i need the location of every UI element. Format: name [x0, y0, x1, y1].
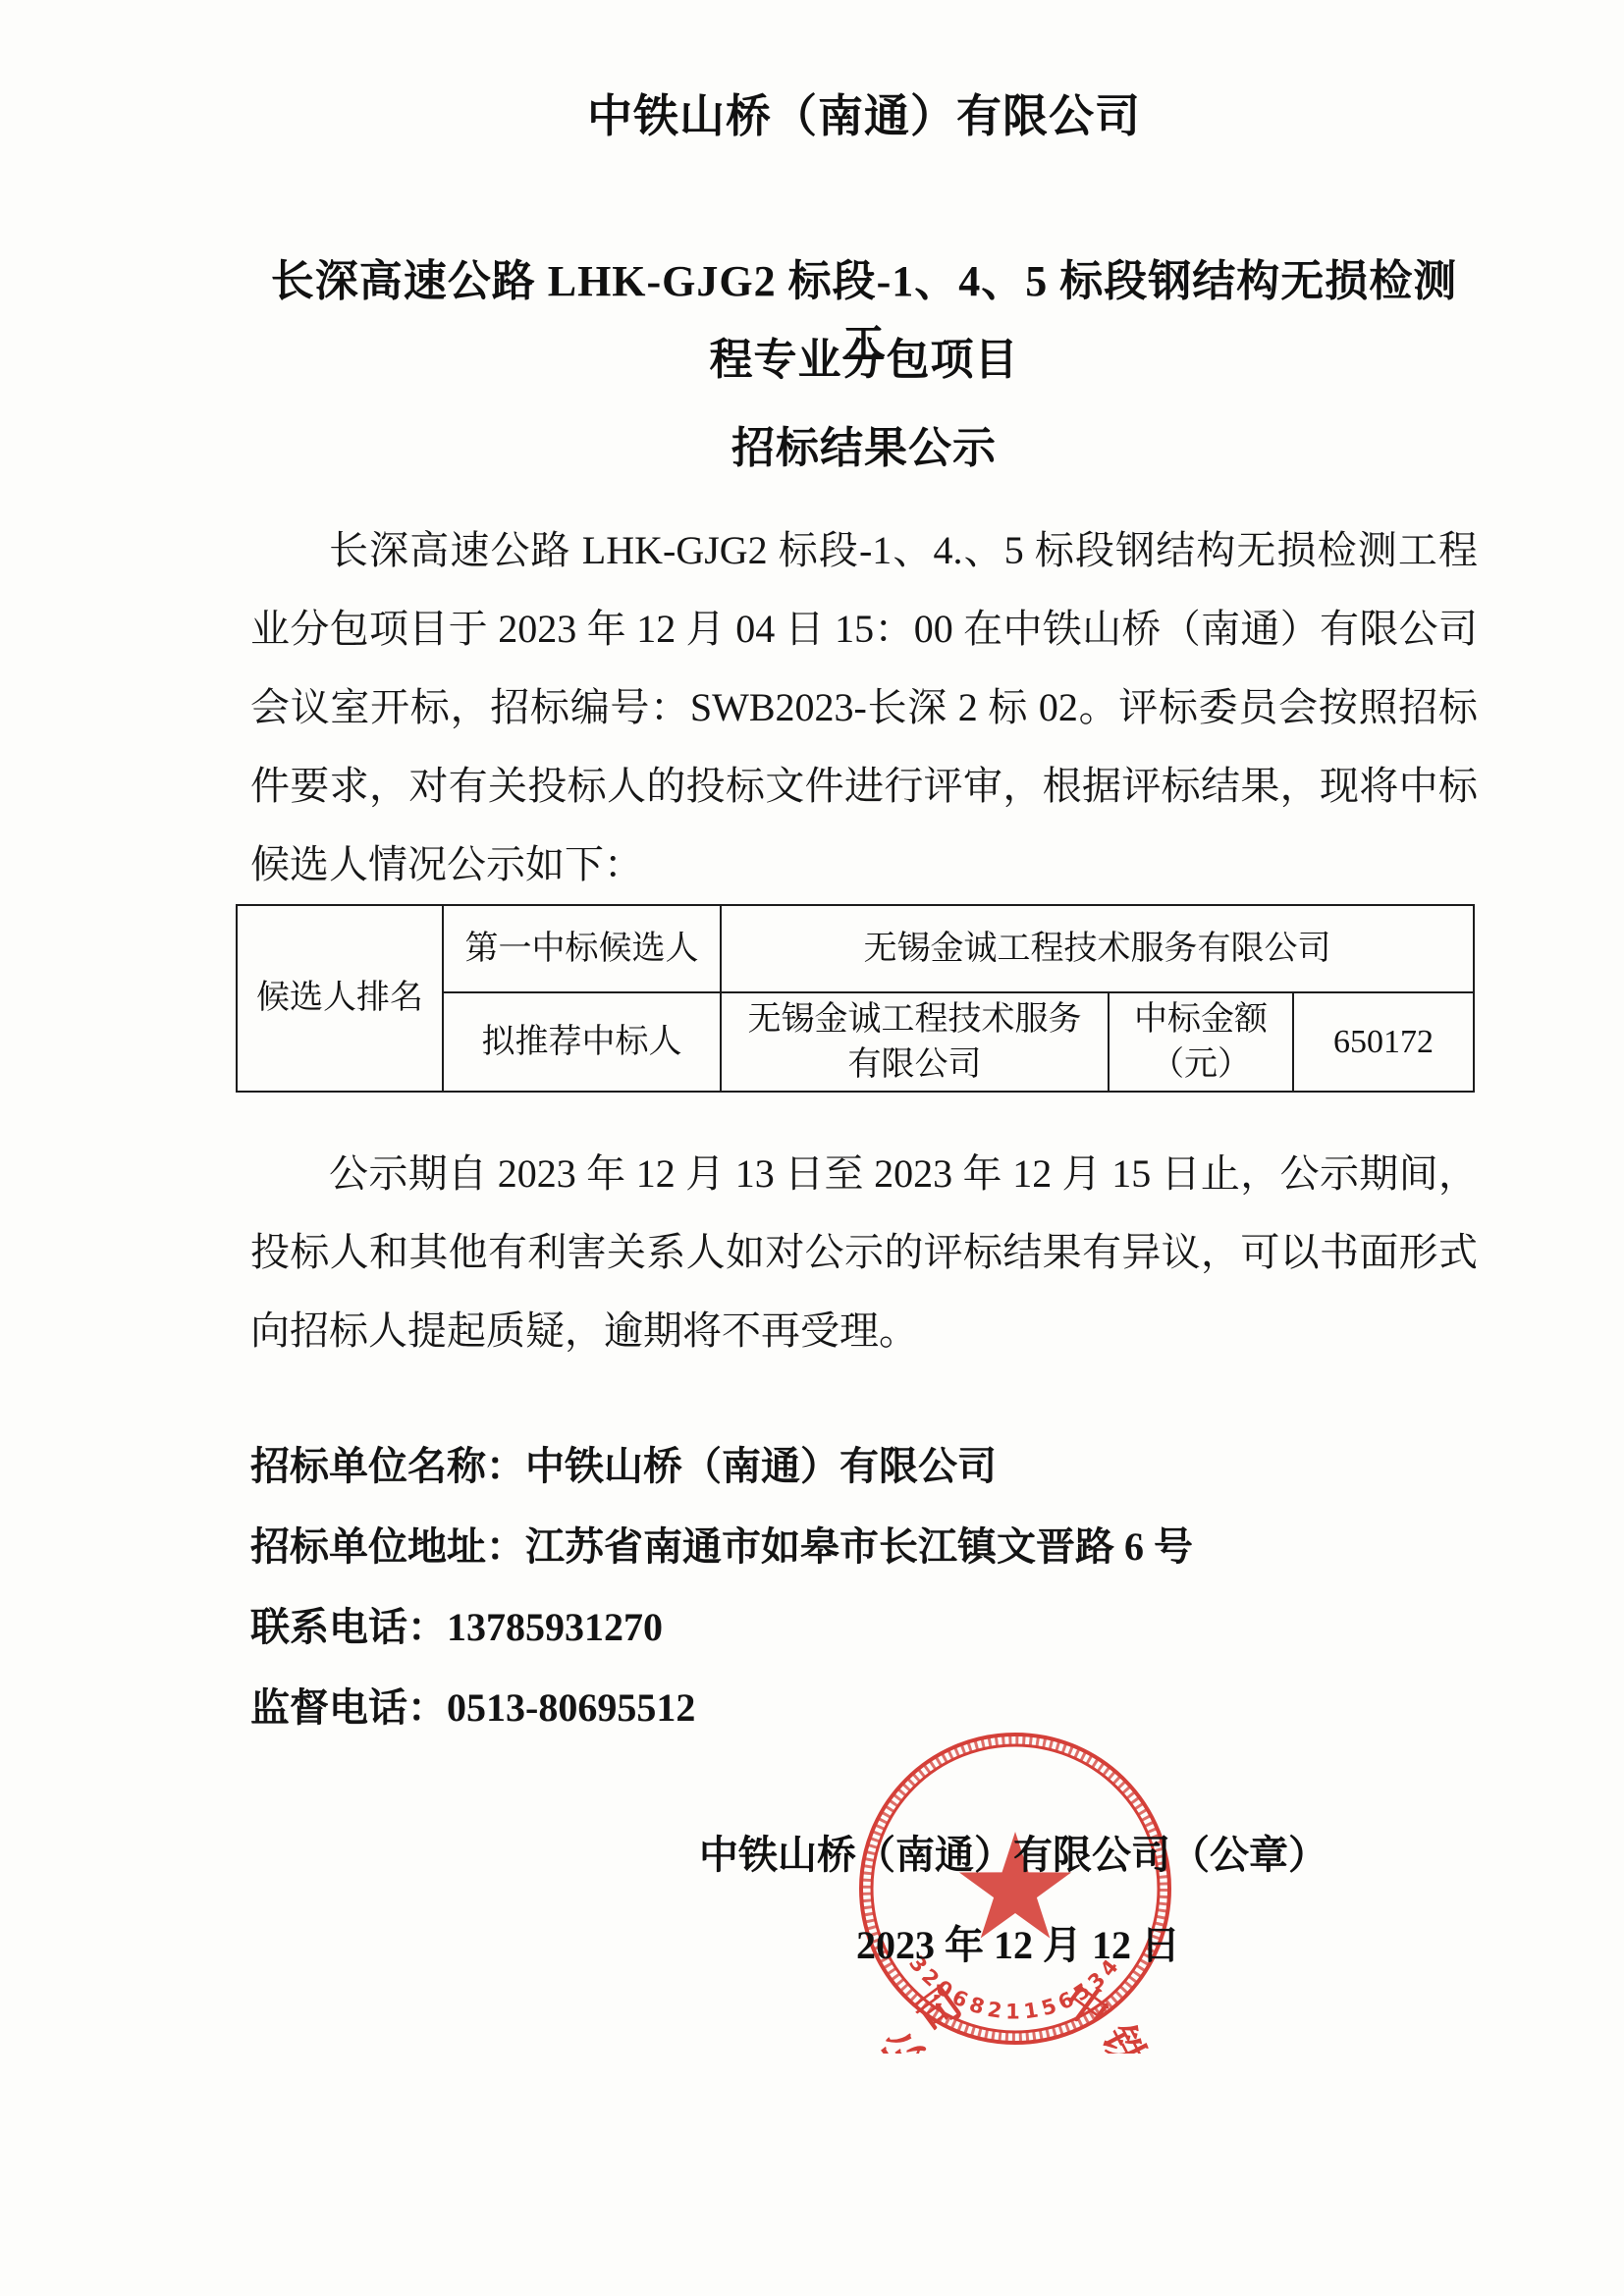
opening-paragraph: 长深高速公路 LHK-GJG2 标段-1、4.、5 标段钢结构无损检测工程专 业…	[250, 511, 1478, 904]
project-title-line2: 程专业分包项目	[250, 324, 1478, 387]
signature-date-line: 2023 年 12 月 12 日	[856, 1914, 1180, 1970]
paragraph-line: 件要求，对有关投标人的投标文件进行评审，根据评标结果，现将中标	[250, 747, 1478, 826]
tender-unit-name: 招标单位名称：中铁山桥（南通）有限公司	[250, 1441, 1193, 1522]
company-title: 中铁山桥（南通）有限公司	[250, 80, 1478, 145]
official-red-seal: 中铁山桥（南通）有限公司 3206821156534	[850, 1724, 1180, 2054]
paragraph-line: 公示期自 2023 年 12 月 13 日至 2023 年 12 月 15 日止…	[250, 1135, 1478, 1213]
publicity-period-paragraph: 公示期自 2023 年 12 月 13 日至 2023 年 12 月 15 日止…	[250, 1135, 1478, 1370]
cell-recommended-label: 拟推荐中标人	[443, 992, 721, 1092]
paragraph-line: 长深高速公路 LHK-GJG2 标段-1、4.、5 标段钢结构无损检测工程专	[250, 511, 1478, 590]
paragraph-line: 投标人和其他有利害关系人如对公示的评标结果有异议，可以书面形式	[250, 1213, 1478, 1292]
cell-first-candidate-company: 无锡金诚工程技术服务有限公司	[721, 905, 1474, 992]
cell-candidate-ranking: 候选人排名	[237, 905, 443, 1092]
cell-recommended-company: 无锡金诚工程技术服务有限公司	[721, 992, 1109, 1092]
contact-block: 招标单位名称：中铁山桥（南通）有限公司 招标单位地址：江苏省南通市如皋市长江镇文…	[250, 1441, 1193, 1763]
scanned-document-page: 中铁山桥（南通）有限公司 长深高速公路 LHK-GJG2 标段-1、4、5 标段…	[0, 0, 1624, 2296]
paragraph-line: 会议室开标，招标编号：SWB2023-长深 2 标 02。评标委员会按照招标文	[250, 668, 1478, 747]
tender-unit-address: 招标单位地址：江苏省南通市如皋市长江镇文晋路 6 号	[250, 1522, 1193, 1602]
bid-result-title: 招标结果公示	[250, 412, 1478, 475]
table-row: 候选人排名 第一中标候选人 无锡金诚工程技术服务有限公司	[237, 905, 1474, 992]
paragraph-line: 向招标人提起质疑，逾期将不再受理。	[250, 1292, 1478, 1370]
cell-amount-label: 中标金额（元）	[1109, 992, 1293, 1092]
signature-company-line: 中铁山桥（南通）有限公司（公章）	[699, 1824, 1327, 1880]
paragraph-line: 候选人情况公示如下：	[250, 826, 1478, 904]
cell-first-candidate-label: 第一中标候选人	[443, 905, 721, 992]
candidate-table: 候选人排名 第一中标候选人 无锡金诚工程技术服务有限公司 拟推荐中标人 无锡金诚…	[236, 904, 1475, 1093]
paragraph-line: 业分包项目于 2023 年 12 月 04 日 15：00 在中铁山桥（南通）有…	[250, 590, 1478, 668]
cell-amount-value: 650172	[1293, 992, 1474, 1092]
contact-phone: 联系电话：13785931270	[250, 1602, 1193, 1682]
